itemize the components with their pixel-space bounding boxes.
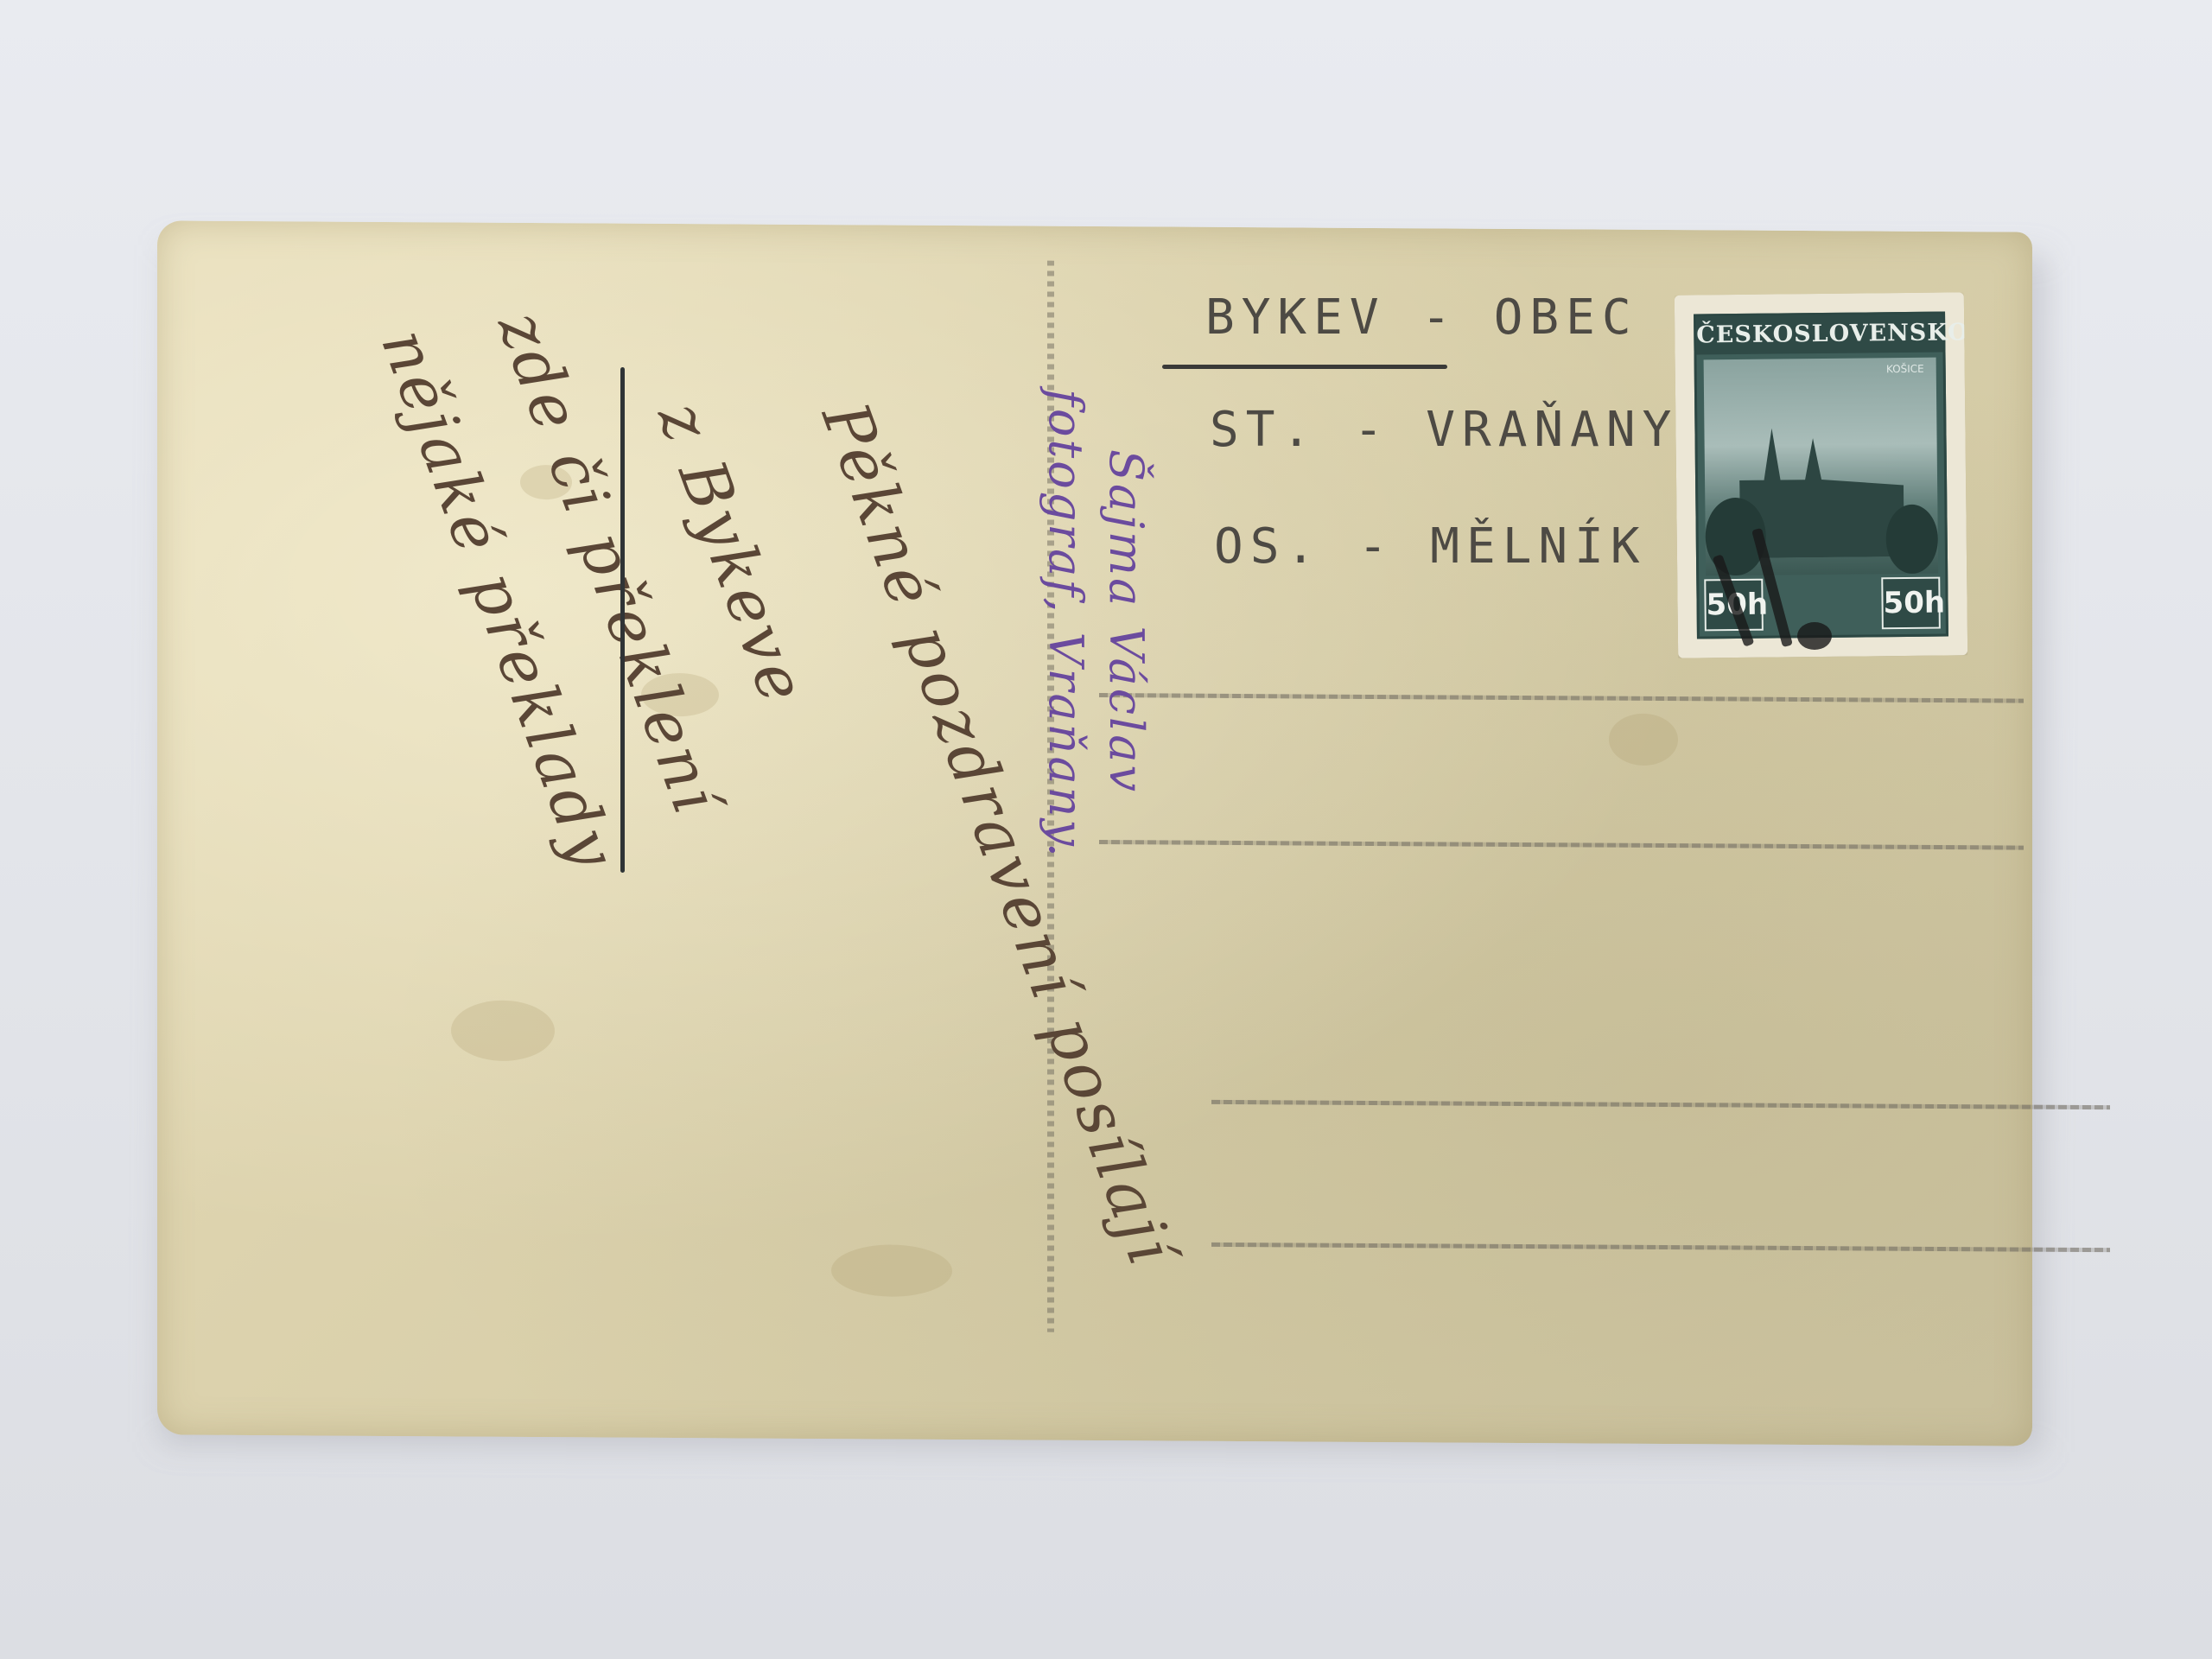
pencil-note-3: OS. - MĚLNÍK (1214, 518, 1647, 575)
address-line-2 (1099, 840, 2024, 850)
stain (451, 1000, 555, 1061)
pencil-note-1: BYKEV - OBEC (1205, 289, 1638, 346)
stamp-city: KOŠICE (1886, 363, 1924, 375)
address-line-1 (1099, 693, 2024, 703)
photographer-name: Šajma Václav (1099, 449, 1154, 794)
stamp-value-right: 50h (1881, 577, 1941, 630)
address-line-3 (1211, 1100, 2110, 1109)
address-line-4 (1211, 1243, 2110, 1252)
pencil-note-2: ST. - VRAŇANY (1210, 402, 1678, 458)
pencil-underline (1162, 365, 1447, 369)
stain (831, 1244, 952, 1297)
stamp-country: ČESKOSLOVENSKO (1696, 315, 1942, 355)
postage-stamp: ČESKOSLOVENSKO KOŠICE 50h 50h (1675, 292, 1967, 658)
stain (1609, 714, 1678, 766)
ink-underline (620, 367, 625, 873)
postmark-stroke (1797, 622, 1832, 650)
tree-icon (1885, 505, 1938, 575)
photographer-location: fotograf, Vraňany. (1039, 389, 1093, 860)
stamp-illustration: KOŠICE (1704, 358, 1939, 576)
